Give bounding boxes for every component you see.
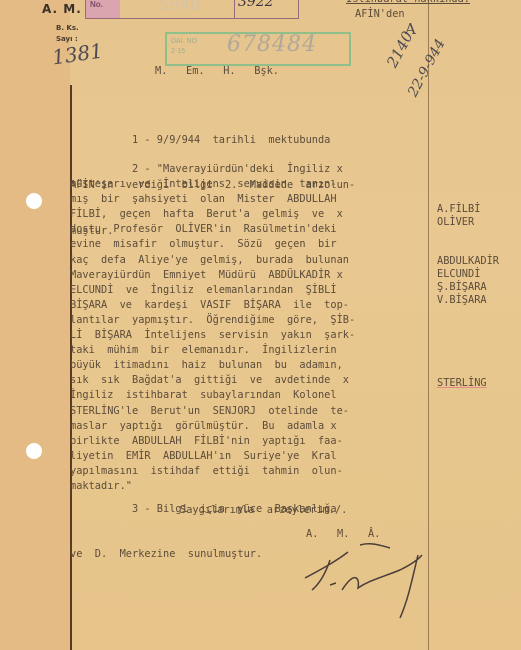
text-line: dostu Profesör OLİVER'in Rasülmetin'deki bbox=[70, 222, 355, 237]
text-line: FİLBİ, geçen hafta Berut'a gelmiş ve x bbox=[70, 207, 355, 222]
paragraph-2: 2 - "Maverayiürdün'deki İngiliz xmüsteşa… bbox=[70, 162, 355, 494]
text-line: Lİ BİŞARA İntelijens servisin yakın şark… bbox=[70, 328, 355, 343]
text-line: mış bir şahsiyeti olan Mister ABDULLAH bbox=[70, 192, 355, 207]
text-line: taki mühim bir elemanıdır. İngilizlerin bbox=[70, 343, 355, 358]
punch-hole bbox=[26, 443, 42, 459]
margin-note-sterling: STERLİNG bbox=[437, 377, 487, 390]
dai-label-1: DAİ. NO bbox=[171, 37, 197, 47]
document-page: A. M. A. B. Ks. Sayı : 1381 No. 5940 392… bbox=[0, 0, 521, 650]
text-line: müsteşarı ve İntelijens servisin tanın- bbox=[70, 177, 355, 192]
addressee: M. Em. H. Bşk. bbox=[155, 64, 279, 79]
margin-note-text: OLİVER bbox=[437, 216, 474, 228]
handwritten-ref-number: 2140 bbox=[383, 28, 417, 70]
text-line: Maverayiürdün Emniyet Müdürü ABDÜLKADİR … bbox=[70, 268, 355, 283]
from-line: AFİN'den bbox=[355, 8, 405, 20]
left-margin-strip bbox=[0, 0, 70, 650]
text-line: BİŞARA ve kardeşi VASIF BİŞARA ile top- bbox=[70, 298, 355, 313]
text-line: lantılar yapmıştır. Öğrendiğime göre, Şİ… bbox=[70, 313, 355, 328]
text-line: büyük itimadını haiz bulunan bu adamın, bbox=[70, 358, 355, 373]
text-line: maslar yaptığı görülmüştür. Bu adamla x bbox=[70, 419, 355, 434]
stamp-handwritten: 3922 bbox=[238, 0, 274, 10]
stamp-no-label: No. bbox=[86, 0, 120, 18]
text-line: kaç defa Aliye'ye gelmiş, burada bulunan bbox=[70, 253, 355, 268]
dai-stamp-label: DAİ. NO 2-15 bbox=[171, 37, 197, 57]
text-line: İngiliz istihbarat subaylarından Kolonel bbox=[70, 388, 355, 403]
dai-stamp-value: 678484 bbox=[227, 32, 317, 57]
text-line: evine misafir olmuştur. Sözü geçen bir bbox=[70, 237, 355, 252]
dai-stamp: DAİ. NO 2-15 678484 bbox=[165, 32, 351, 66]
dai-label-2: 2-15 bbox=[171, 47, 197, 57]
text-line: liyetin EMİR ABDULLAH'ın Suriye'ye Kral bbox=[70, 449, 355, 464]
text-line: sık sık Bağdat'a gittiği ve avdetinde x bbox=[70, 373, 355, 388]
text-line: ELCUNDİ ve İngiliz elemanlarından ŞİBLİ bbox=[70, 283, 355, 298]
stamp-no-value: 5940 bbox=[126, 0, 235, 18]
text-line: birlikte ABDULLAH FİLBİ'nin yaptığı faa- bbox=[70, 434, 355, 449]
text-line: 2 - "Maverayiürdün'deki İngiliz x bbox=[70, 162, 355, 177]
signature bbox=[300, 540, 440, 620]
margin-note-group: ABDULKADİR ELCUNDİ Ş.BİŞARA V.BİŞARA bbox=[437, 255, 499, 307]
text-line: ve D. Merkezine sunulmuştur. bbox=[70, 547, 337, 562]
text-line: STERLİNG'le Berut'un SENJORJ otelinde te… bbox=[70, 404, 355, 419]
paragraph-3: 3 - Bilgi için yüce Başkanlığa ve D. Mer… bbox=[70, 472, 337, 593]
margin-note: A.FİLBİ bbox=[437, 203, 480, 216]
subject-line: İstihbarat hakkında: bbox=[346, 0, 470, 5]
registry-stamp: No. 5940 3922 bbox=[85, 0, 299, 19]
text-line: 1 - 9/9/944 tarihli mektubunda bbox=[70, 133, 355, 148]
section-label: B. Ks. bbox=[56, 23, 79, 34]
punch-hole bbox=[26, 193, 42, 209]
margin-note-oliver: OLİVER bbox=[437, 216, 474, 229]
closing-line: Saygılarımla arzeylerim./. bbox=[180, 503, 347, 518]
